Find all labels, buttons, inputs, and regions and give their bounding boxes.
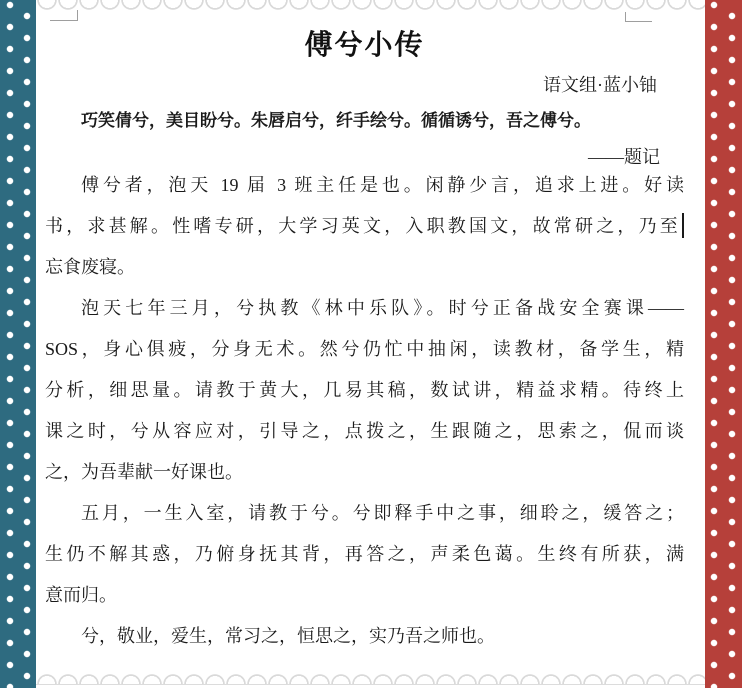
text-line[interactable]: 意而归。 bbox=[45, 575, 684, 616]
left-dotted-border bbox=[0, 0, 36, 688]
text-line[interactable]: 五月，一生入室，请教于兮。兮即释手中之事，细聆之，缓答之； bbox=[45, 493, 684, 534]
document-page: 傅兮小传 语文组·蓝小铀 巧笑倩兮，美目盼兮。朱唇启兮，纤手绘兮。循循诱兮，吾之… bbox=[0, 0, 742, 688]
text-line[interactable]: 之，为吾辈献一好课也。 bbox=[45, 452, 684, 493]
document-title[interactable]: 傅兮小传 bbox=[45, 28, 684, 64]
text-boundary-mark-right bbox=[625, 12, 652, 22]
right-dotted-border bbox=[705, 0, 742, 688]
epigraph[interactable]: 巧笑倩兮，美目盼兮。朱唇启兮，纤手绘兮。循循诱兮，吾之傅兮。 bbox=[45, 109, 684, 133]
document-body[interactable]: 傅兮者，泡天 19 届 3 班主任是也。闲静少言，追求上进。好读 书，求甚解。性… bbox=[45, 165, 684, 657]
text-cursor bbox=[682, 213, 684, 238]
text-line[interactable]: 忘食废寝。 bbox=[45, 247, 684, 288]
page-content[interactable]: 傅兮小传 语文组·蓝小铀 巧笑倩兮，美目盼兮。朱唇启兮，纤手绘兮。循循诱兮，吾之… bbox=[37, 0, 705, 668]
text-line[interactable]: 书，求甚解。性嗜专研，大学习英文，入职教国文，故常研之，乃至 bbox=[45, 206, 684, 247]
text-boundary-mark-left bbox=[50, 10, 78, 21]
byline[interactable]: 语文组·蓝小铀 bbox=[45, 73, 684, 97]
text-line[interactable]: 兮，敬业，爱生，常习之，恒思之，实乃吾之师也。 bbox=[45, 616, 684, 657]
text-line[interactable]: 泡天七年三月，兮执教《林中乐队》。时兮正备战安全赛课—— bbox=[45, 288, 684, 329]
text-line-content[interactable]: 书，求甚解。性嗜专研，大学习英文，入职教国文，故常研之，乃至 bbox=[45, 216, 681, 236]
text-line[interactable]: 傅兮者，泡天 19 届 3 班主任是也。闲静少言，追求上进。好读 bbox=[45, 165, 684, 206]
text-line[interactable]: 分析，细思量。请教于黄大，几易其稿，数试讲，精益求精。待终上 bbox=[45, 370, 684, 411]
text-line[interactable]: 课之时，兮从容应对，引导之，点拨之，生跟随之，思索之，侃而谈 bbox=[45, 411, 684, 452]
text-line[interactable]: 生仍不解其惑，乃俯身抚其背，再答之，声柔色蔼。生终有所获，满 bbox=[45, 534, 684, 575]
text-line[interactable]: SOS，身心俱疲，分身无术。然兮仍忙中抽闲，读教材，备学生，精 bbox=[45, 329, 684, 370]
